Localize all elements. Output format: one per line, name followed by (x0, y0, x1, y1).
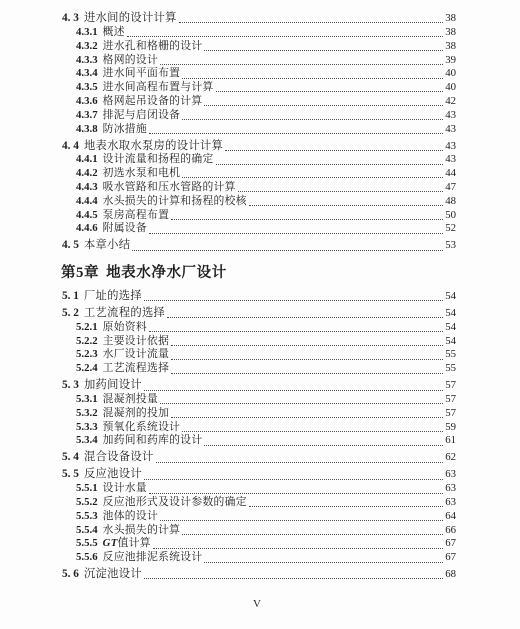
entry-page-number: 57 (445, 407, 456, 421)
entry-page-number: 54 (445, 335, 456, 349)
toc-entry: 4.4.3吸水管路和压水管路的计算47 (62, 181, 456, 195)
entry-number: 4.4.5 (76, 209, 98, 223)
dotted-leader (204, 445, 443, 446)
entry-page-number: 68 (445, 568, 456, 582)
footer-page-number: V (0, 598, 514, 610)
dotted-leader (182, 78, 443, 79)
entry-page-number: 53 (445, 239, 456, 253)
toc-entry: 5.3.4加药间和药库的设计61 (62, 434, 456, 448)
entry-page-number: 38 (445, 26, 456, 40)
entry-page-number: 40 (445, 67, 456, 81)
toc-entry: 5.5.5GT值计算67 (62, 537, 456, 551)
entry-page-number: 52 (445, 222, 456, 236)
toc-entry: 5.5.6反应池排泥系统设计67 (62, 551, 456, 565)
dotted-leader (182, 177, 443, 178)
toc-entry: 5.5.4水头损失的计算66 (62, 524, 456, 538)
entry-title: 地表水取水泵房的设计计算 (84, 140, 223, 154)
entry-number: 5.5.2 (76, 496, 98, 510)
entry-title: 加药间和药库的设计 (103, 434, 203, 448)
entry-title: 格网的设计 (103, 54, 158, 68)
dotted-leader (149, 133, 443, 134)
entry-page-number: 55 (445, 348, 456, 362)
dotted-leader (167, 317, 443, 318)
entry-title: 反应池排泥系统设计 (103, 551, 203, 565)
entry-number: 4. 3 (62, 12, 79, 26)
entry-number: 5. 2 (62, 307, 79, 321)
dotted-leader (238, 191, 443, 192)
dotted-leader (171, 373, 443, 374)
entry-title: 原始资料 (103, 321, 147, 335)
entry-number: 5. 5 (62, 468, 79, 482)
entry-page-number: 61 (445, 434, 456, 448)
entry-number: 5.2.1 (76, 321, 98, 335)
entry-title: 厂址的选择 (84, 290, 142, 304)
entry-page-number: 57 (445, 393, 456, 407)
dotted-leader (160, 403, 443, 404)
entry-number: 4.3.1 (76, 26, 98, 40)
entry-page-number: 54 (445, 307, 456, 321)
toc-entry: 5.3.2混凝剂的投加57 (62, 407, 456, 421)
entry-number: 5.2.3 (76, 348, 98, 362)
entry-page-number: 42 (445, 95, 456, 109)
entry-number: 4.4.1 (76, 153, 98, 167)
toc-entry: 4.3.5进水间高程布置与计算40 (62, 81, 456, 95)
dotted-leader (149, 233, 443, 234)
entry-page-number: 43 (445, 140, 456, 154)
entry-number: 4. 5 (62, 239, 79, 253)
entry-page-number: 43 (445, 123, 456, 137)
dotted-leader (171, 345, 443, 346)
dotted-leader (144, 479, 443, 480)
entry-page-number: 43 (445, 109, 456, 123)
dotted-leader (204, 50, 443, 51)
entry-page-number: 67 (445, 551, 456, 565)
entry-page-number: 54 (445, 290, 456, 304)
dotted-leader (144, 390, 443, 391)
entry-title: 进水间的设计计算 (84, 12, 177, 26)
entry-title: 进水间高程布置与计算 (103, 81, 214, 95)
toc-entry: 4.3.7排泥与启闭设备43 (62, 109, 456, 123)
entry-title: 进水间平面布置 (103, 67, 181, 81)
toc-entry: 4. 3进水间的设计计算38 (62, 12, 456, 26)
dotted-leader (144, 578, 443, 579)
toc-entry: 5.3.3预氧化系统设计59 (62, 421, 456, 435)
dotted-leader (144, 300, 443, 301)
entry-page-number: 63 (445, 468, 456, 482)
toc-list: 4. 3进水间的设计计算384.3.1概述384.3.2进水孔和格栅的设计384… (62, 9, 456, 582)
entry-title: 混凝剂投量 (103, 393, 158, 407)
entry-page-number: 47 (445, 181, 456, 195)
toc-entry: 4.4.4水头损失的计算和扬程的校核48 (62, 195, 456, 209)
toc-entry: 4.3.8防冰措施43 (62, 123, 456, 137)
toc-entry: 4.3.2进水孔和格栅的设计38 (62, 40, 456, 54)
entry-number: 5. 1 (62, 290, 79, 304)
dotted-leader (249, 506, 443, 507)
entry-page-number: 67 (445, 537, 456, 551)
entry-title: 水头损失的计算 (103, 524, 181, 538)
entry-page-number: 44 (445, 167, 456, 181)
entry-title: 反应池设计 (84, 468, 142, 482)
toc-entry: 5. 2工艺流程的选择54 (62, 307, 456, 321)
toc-entry: 5.5.2反应池形式及设计参数的确定63 (62, 496, 456, 510)
entry-page-number: 55 (445, 362, 456, 376)
toc-entry: 4.4.5泵房高程布置50 (62, 209, 456, 223)
entry-title: 混合设备设计 (84, 451, 154, 465)
dotted-leader (182, 534, 443, 535)
entry-page-number: 50 (445, 209, 456, 223)
entry-number: 4.3.2 (76, 40, 98, 54)
entry-number: 5.5.6 (76, 551, 98, 565)
entry-title: GT值计算 (103, 537, 151, 551)
entry-number: 5.3.4 (76, 434, 98, 448)
toc-entry: 5.5.1设计水量63 (62, 482, 456, 496)
entry-number: 4.3.8 (76, 123, 98, 137)
toc-entry: 5. 6沉淀池设计68 (62, 568, 456, 582)
entry-page-number: 39 (445, 54, 456, 68)
dotted-leader (171, 359, 443, 360)
document-page: 4. 3进水间的设计计算384.3.1概述384.3.2进水孔和格栅的设计384… (0, 0, 520, 629)
entry-title: 主要设计依据 (103, 335, 170, 349)
toc-entry: 4.4.1设计流量和扬程的确定43 (62, 153, 456, 167)
toc-entry: 5.2.4工艺流程选择55 (62, 362, 456, 376)
dotted-leader (156, 462, 444, 463)
dotted-leader (171, 219, 443, 220)
entry-number: 5.2.2 (76, 335, 98, 349)
entry-number: 4.4.6 (76, 222, 98, 236)
dotted-leader (204, 105, 443, 106)
dotted-leader (160, 520, 443, 521)
dotted-leader (132, 250, 443, 251)
toc-entry: 5.3.1混凝剂投量57 (62, 393, 456, 407)
entry-title: 排泥与启闭设备 (103, 109, 181, 123)
entry-title: 反应池形式及设计参数的确定 (103, 496, 247, 510)
entry-title: 水厂设计流量 (103, 348, 170, 362)
dotted-leader (179, 22, 443, 23)
dotted-leader (216, 91, 444, 92)
dotted-leader (160, 64, 443, 65)
entry-number: 4.3.5 (76, 81, 98, 95)
entry-number: 4.3.4 (76, 67, 98, 81)
entry-number: 4.3.6 (76, 95, 98, 109)
entry-number: 5. 3 (62, 379, 79, 393)
entry-title: 泵房高程布置 (103, 209, 170, 223)
entry-number: 4.3.3 (76, 54, 98, 68)
chapter-heading-number: 第5章 (61, 265, 99, 281)
toc-entry: 4.4.2初选水泵和电机44 (62, 167, 456, 181)
entry-title: 进水孔和格栅的设计 (103, 40, 203, 54)
entry-page-number: 57 (445, 379, 456, 393)
entry-number: 5.5.3 (76, 510, 98, 524)
entry-number: 5.5.5 (76, 537, 98, 551)
chapter-heading-title: 地表水净水厂设计 (106, 265, 227, 281)
entry-title: 设计流量和扬程的确定 (103, 153, 214, 167)
entry-page-number: 66 (445, 524, 456, 538)
toc-entry: 5.2.3水厂设计流量55 (62, 348, 456, 362)
dotted-leader (127, 36, 443, 37)
entry-title-italic-part: GT (103, 537, 118, 549)
entry-page-number: 59 (445, 421, 456, 435)
dotted-leader (225, 150, 443, 151)
dotted-leader (149, 331, 443, 332)
entry-title: 工艺流程的选择 (84, 307, 165, 321)
entry-title: 初选水泵和电机 (103, 167, 181, 181)
entry-title: 工艺流程选择 (103, 362, 170, 376)
entry-number: 5. 4 (62, 451, 79, 465)
entry-title: 沉淀池设计 (84, 568, 142, 582)
entry-number: 4.4.3 (76, 181, 98, 195)
toc-entry: 4. 4地表水取水泵房的设计计算43 (62, 140, 456, 154)
entry-title: 水头损失的计算和扬程的校核 (103, 195, 247, 209)
dotted-leader (182, 431, 443, 432)
entry-title: 附属设备 (103, 222, 147, 236)
toc-entry: 4.3.3格网的设计39 (62, 54, 456, 68)
entry-number: 4.4.2 (76, 167, 98, 181)
entry-page-number: 40 (445, 81, 456, 95)
dotted-leader (149, 493, 443, 494)
entry-title: 混凝剂的投加 (103, 407, 170, 421)
entry-page-number: 62 (445, 451, 456, 465)
dotted-leader (171, 417, 443, 418)
entry-page-number: 63 (445, 496, 456, 510)
entry-page-number: 38 (445, 12, 456, 26)
entry-title: 预氧化系统设计 (103, 421, 181, 435)
toc-entry: 5. 3加药间设计57 (62, 379, 456, 393)
entry-page-number: 43 (445, 153, 456, 167)
entry-number: 4.3.7 (76, 109, 98, 123)
entry-page-number: 63 (445, 482, 456, 496)
chapter-heading: 第5章地表水净水厂设计 (61, 264, 456, 283)
dotted-leader (216, 164, 444, 165)
toc-entry: 5. 1厂址的选择54 (62, 290, 456, 304)
entry-page-number: 48 (445, 195, 456, 209)
toc-entry: 5.2.2主要设计依据54 (62, 335, 456, 349)
toc-entry: 4.3.1概述38 (62, 26, 456, 40)
toc-entry: 4. 5本章小结53 (62, 239, 456, 253)
entry-title: 吸水管路和压水管路的计算 (103, 181, 236, 195)
entry-title: 池体的设计 (103, 510, 158, 524)
entry-number: 5.2.4 (76, 362, 98, 376)
entry-title: 防冰措施 (103, 123, 147, 137)
toc-entry: 4.4.6附属设备52 (62, 222, 456, 236)
dotted-leader (182, 119, 443, 120)
entry-number: 5. 6 (62, 568, 79, 582)
dotted-leader (153, 548, 443, 549)
entry-title: 本章小结 (84, 239, 130, 253)
dotted-leader (204, 562, 443, 563)
entry-number: 4. 4 (62, 140, 79, 154)
entry-page-number: 54 (445, 321, 456, 335)
toc-entry: 5. 5反应池设计63 (62, 468, 456, 482)
entry-title: 设计水量 (103, 482, 147, 496)
dotted-leader (249, 205, 443, 206)
entry-number: 5.3.2 (76, 407, 98, 421)
entry-number: 5.5.4 (76, 524, 98, 538)
toc-entry: 4.3.6格网起吊设备的计算42 (62, 95, 456, 109)
entry-page-number: 38 (445, 40, 456, 54)
toc-entry: 5. 4混合设备设计62 (62, 451, 456, 465)
entry-page-number: 64 (445, 510, 456, 524)
entry-number: 5.3.3 (76, 421, 98, 435)
entry-title: 加药间设计 (84, 379, 142, 393)
entry-number: 5.3.1 (76, 393, 98, 407)
toc-entry: 5.5.3池体的设计64 (62, 510, 456, 524)
entry-title: 概述 (103, 26, 125, 40)
entry-number: 4.4.4 (76, 195, 98, 209)
entry-number: 5.5.1 (76, 482, 98, 496)
entry-title: 格网起吊设备的计算 (103, 95, 203, 109)
toc-entry: 4.3.4进水间平面布置40 (62, 67, 456, 81)
toc-entry: 5.2.1原始资料54 (62, 321, 456, 335)
